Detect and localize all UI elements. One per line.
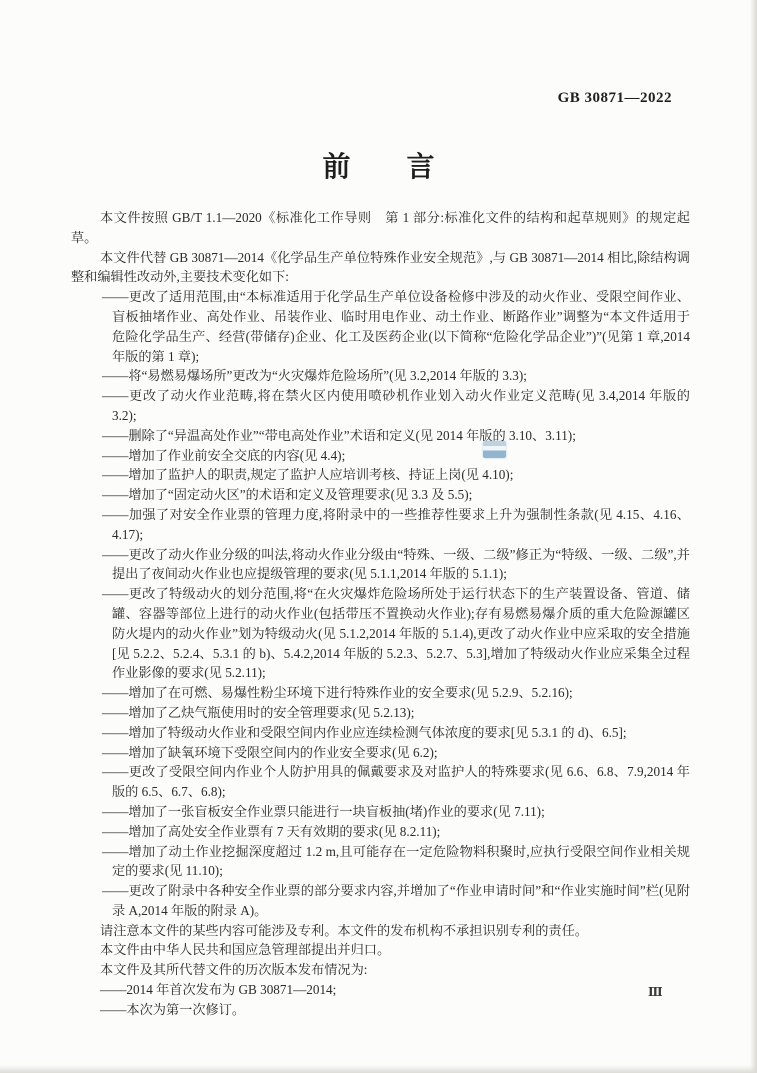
- issuing-body: 本文件由中华人民共和国应急管理部提出并归口。: [71, 940, 690, 960]
- change-item: ——增加了在可燃、易爆性粉尘环境下进行特殊作业的安全要求(见 5.2.9、5.2…: [71, 683, 690, 703]
- page-number: Ⅲ: [648, 985, 664, 1000]
- change-item: ——更改了动火作业范畴,将在禁火区内使用喷砂机作业划入动火作业定义范畴(见 3.…: [71, 386, 690, 426]
- change-item: ——将“易燃易爆场所”更改为“火灾爆炸危险场所”(见 3.2,2014 年版的 …: [71, 366, 690, 386]
- page-title: 前 言: [0, 151, 757, 185]
- foreword-body: 本文件按照 GB/T 1.1—2020《标准化工作导则 第 1 部分:标准化文件…: [71, 208, 690, 1020]
- change-item: ——增加了“固定动火区”的术语和定义及管理要求(见 3.3 及 5.5);: [71, 485, 690, 505]
- change-item: ——增加了缺氧环境下受限空间内的作业安全要求(见 6.2);: [71, 743, 690, 763]
- scan-edge: [0, 1065, 757, 1073]
- blue-watermark-badge: [483, 441, 506, 458]
- change-item: ——增加了一张盲板安全作业票只能进行一块盲板抽(堵)作业的要求(见 7.11);: [71, 802, 690, 822]
- standard-number: GB 30871—2022: [558, 90, 672, 107]
- change-item: ——加强了对安全作业票的管理力度,将附录中的一些推荐性要求上升为强制性条款(见 …: [71, 505, 690, 545]
- intro-paragraph: 本文件按照 GB/T 1.1—2020《标准化工作导则 第 1 部分:标准化文件…: [71, 208, 690, 248]
- change-item: ——增加了作业前安全交底的内容(见 4.4);: [71, 446, 690, 466]
- scan-edge: [750, 0, 757, 1073]
- history-item: ——本次为第一次修订。: [71, 1000, 690, 1020]
- patent-notice: 请注意本文件的某些内容可能涉及专利。本文件的发布机构不承担识别专利的责任。: [71, 921, 690, 941]
- change-item: ——增加了动土作业挖掘深度超过 1.2 m,且可能存在一定危险物料积聚时,应执行…: [71, 842, 690, 882]
- change-item: ——增加了高处安全作业票有 7 天有效期的要求(见 8.2.11);: [71, 822, 690, 842]
- intro-paragraph: 本文件代替 GB 30871—2014《化学品生产单位特殊作业安全规范》,与 G…: [71, 248, 690, 288]
- document-page: GB 30871—2022 前 言 本文件按照 GB/T 1.1—2020《标准…: [0, 0, 757, 1073]
- change-item: ——增加了监护人的职责,规定了监护人应培训考核、持证上岗(见 4.10);: [71, 465, 690, 485]
- change-item: ——增加了乙炔气瓶使用时的安全管理要求(见 5.2.13);: [71, 703, 690, 723]
- change-item: ——更改了动火作业分级的叫法,将动火作业分级由“特殊、一级、二级”修正为“特级、…: [71, 545, 690, 585]
- history-item: ——2014 年首次发布为 GB 30871—2014;: [71, 980, 690, 1000]
- history-intro: 本文件及其所代替文件的历次版本发布情况为:: [71, 960, 690, 980]
- change-item: ——更改了适用范围,由“本标准适用于化学品生产单位设备检修中涉及的动火作业、受限…: [71, 287, 690, 366]
- change-item: ——删除了“异温高处作业”“带电高处作业”术语和定义(见 2014 年版的 3.…: [71, 426, 690, 446]
- change-item: ——增加了特级动火作业和受限空间内作业应连续检测气体浓度的要求[见 5.3.1 …: [71, 723, 690, 743]
- change-item: ——更改了特级动火的划分范围,将“在火灾爆炸危险场所处于运行状态下的生产装置设备…: [71, 584, 690, 683]
- change-item: ——更改了受限空间内作业个人防护用具的佩戴要求及对监护人的特殊要求(见 6.6、…: [71, 762, 690, 802]
- change-item: ——更改了附录中各种安全作业票的部分要求内容,并增加了“作业申请时间”和“作业实…: [71, 881, 690, 921]
